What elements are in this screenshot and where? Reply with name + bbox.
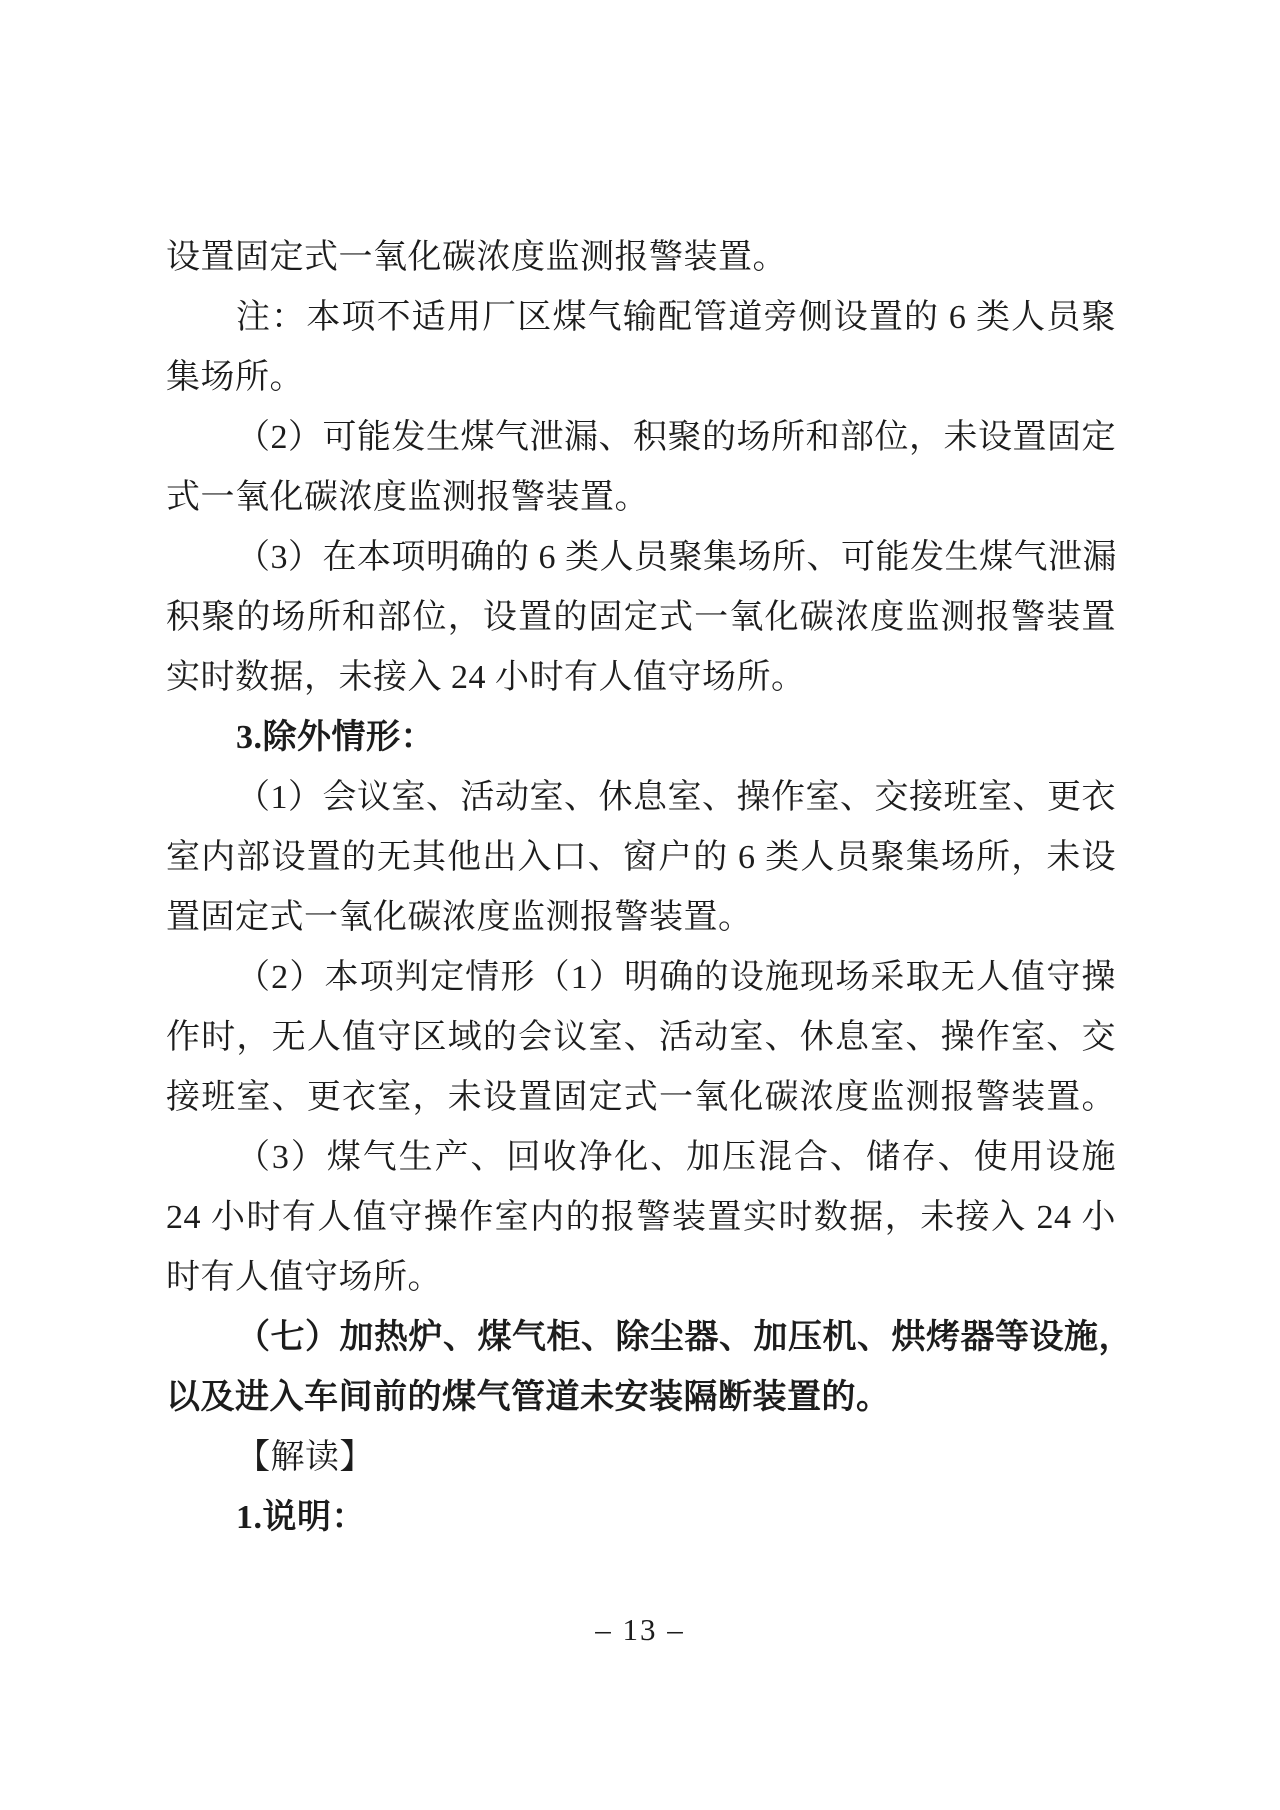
text-line: 实时数据，未接入 24 小时有人值守场所。 (166, 648, 1116, 708)
text-line: 式一氧化碳浓度监测报警装置。 (166, 468, 1116, 528)
text-line: 接班室、更衣室，未设置固定式一氧化碳浓度监测报警装置。 (166, 1068, 1116, 1128)
text-line: 【解读】 (166, 1428, 1116, 1488)
text-line: 1.说明： (166, 1488, 1116, 1548)
text-line: （2）可能发生煤气泄漏、积聚的场所和部位，未设置固定 (166, 408, 1116, 468)
text-line: 3.除外情形： (166, 708, 1116, 768)
text-line: （七）加热炉、煤气柜、除尘器、加压机、烘烤器等设施， (166, 1308, 1116, 1368)
text-line: 时有人值守场所。 (166, 1248, 1116, 1308)
page-number: – 13 – (0, 1608, 1280, 1652)
text-line: （3）在本项明确的 6 类人员聚集场所、可能发生煤气泄漏 (166, 528, 1116, 588)
text-line: 注：本项不适用厂区煤气输配管道旁侧设置的 6 类人员聚 (166, 288, 1116, 348)
document-page: 设置固定式一氧化碳浓度监测报警装置。注：本项不适用厂区煤气输配管道旁侧设置的 6… (0, 0, 1280, 1810)
text-line: 置固定式一氧化碳浓度监测报警装置。 (166, 888, 1116, 948)
text-line: （2）本项判定情形（1）明确的设施现场采取无人值守操 (166, 948, 1116, 1008)
text-line: （1）会议室、活动室、休息室、操作室、交接班室、更衣 (166, 768, 1116, 828)
text-line: 室内部设置的无其他出入口、窗户的 6 类人员聚集场所，未设 (166, 828, 1116, 888)
text-line: 设置固定式一氧化碳浓度监测报警装置。 (166, 228, 1116, 288)
text-line: （3）煤气生产、回收净化、加压混合、储存、使用设施 (166, 1128, 1116, 1188)
text-line: 积聚的场所和部位，设置的固定式一氧化碳浓度监测报警装置 (166, 588, 1116, 648)
text-line: 24 小时有人值守操作室内的报警装置实时数据，未接入 24 小 (166, 1188, 1116, 1248)
text-line: 作时，无人值守区域的会议室、活动室、休息室、操作室、交 (166, 1008, 1116, 1068)
text-line: 集场所。 (166, 348, 1116, 408)
text-line: 以及进入车间前的煤气管道未安装隔断装置的。 (166, 1368, 1116, 1428)
document-body: 设置固定式一氧化碳浓度监测报警装置。注：本项不适用厂区煤气输配管道旁侧设置的 6… (166, 228, 1116, 1548)
